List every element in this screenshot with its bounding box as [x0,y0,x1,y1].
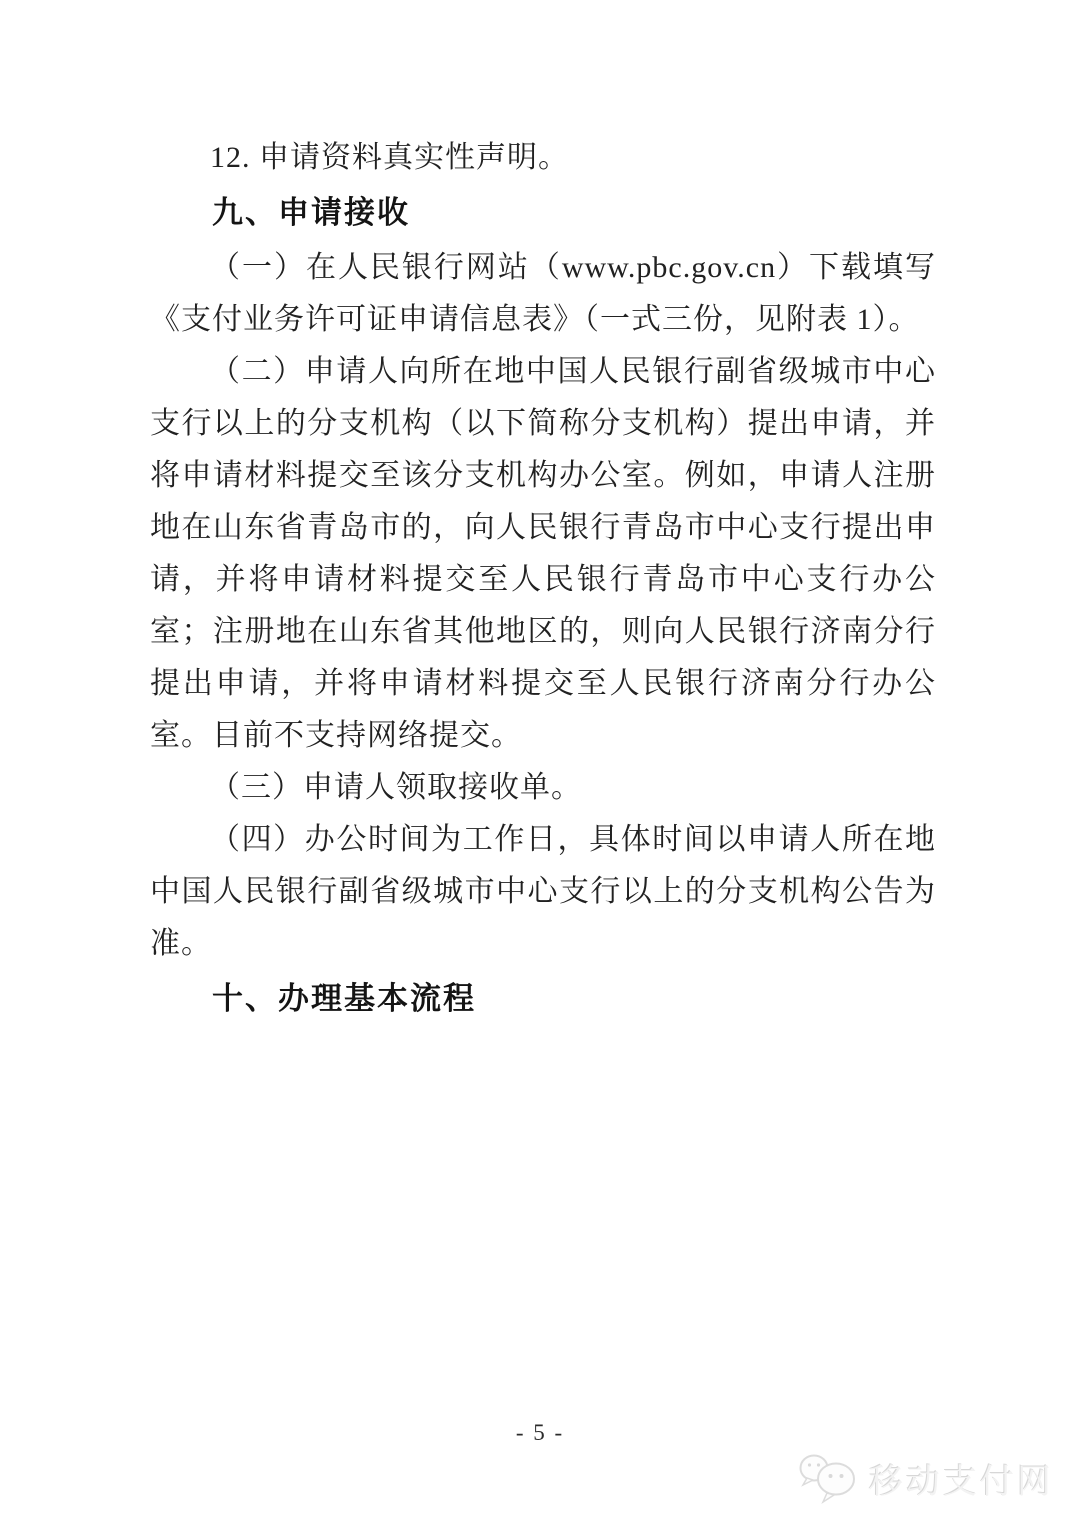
paragraph-receive-1: （一）在人民银行网站（www.pbc.gov.cn）下载填写《支付业务许可证申请… [150,242,936,346]
document-page: { "document": { "blocks": [ { "type": "b… [0,0,1080,1528]
wechat-chat-bubbles-icon [797,1450,861,1506]
section-heading-9: 九、申请接收 [150,187,936,239]
paragraph-receive-3: （三）申请人领取接收单。 [150,762,936,814]
paragraph-receive-2: （二）申请人向所在地中国人民银行副省级城市中心支行以上的分支机构（以下简称分支机… [150,346,936,762]
paragraph-item-12: 12. 申请资料真实性声明。 [150,132,936,184]
section-heading-10: 十、办理基本流程 [150,973,936,1025]
watermark-site-name: 移动支付网 [869,1454,1054,1503]
page-number: - 5 - [0,1420,1080,1446]
site-watermark: 移动支付网 [797,1450,1054,1506]
document-body: 12. 申请资料真实性声明。 九、申请接收 （一）在人民银行网站（www.pbc… [150,132,936,1028]
paragraph-receive-4: （四）办公时间为工作日，具体时间以申请人所在地中国人民银行副省级城市中心支行以上… [150,814,936,970]
